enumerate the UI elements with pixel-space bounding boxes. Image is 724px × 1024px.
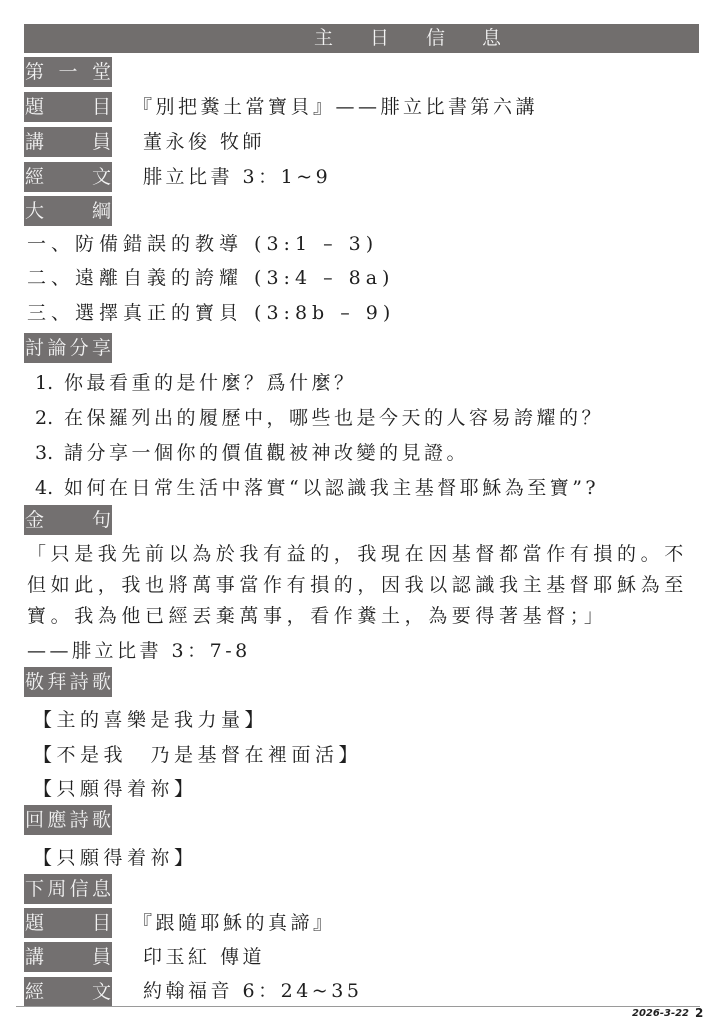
label-speaker: 講員 <box>24 942 112 972</box>
page-number: 2 <box>695 1006 703 1020</box>
outline-item: 一、防備錯誤的教導 (3:1 – 3) <box>27 229 378 259</box>
discussion-question: 請分享一個你的價值觀被神改變的見證。 <box>64 438 469 468</box>
discussion-question: 你最看重的是什麼？爲什麼？ <box>64 368 357 398</box>
page-title: 主日信息 <box>314 24 538 53</box>
next-sermon-speaker: 印玉紅 傳道 <box>143 942 265 972</box>
discussion-question: 如何在日常生活中落實“以認識我主基督耶穌為至寶”? <box>64 473 599 503</box>
song-item: 【只願得着祢】 <box>33 774 198 804</box>
section-label-next-week: 下周信息 <box>24 874 112 904</box>
next-sermon-topic: 『跟隨耶穌的真諦』 <box>133 908 336 938</box>
discussion-number: 1. <box>35 368 53 398</box>
discussion-number: 4. <box>35 473 53 503</box>
song-item: 【只願得着祢】 <box>33 843 198 873</box>
verse-reference: ——腓立比書 3：7-8 <box>27 636 251 666</box>
sermon-speaker: 董永俊 牧師 <box>143 127 265 157</box>
section-label-discussion: 討論分享 <box>24 333 112 363</box>
discussion-question: 在保羅列出的履歷中，哪些也是今天的人容易誇耀的？ <box>64 403 604 433</box>
header-bar: 主日信息 <box>24 24 699 53</box>
section-label-golden-verse: 金句 <box>24 505 112 535</box>
discussion-number: 2. <box>35 403 53 433</box>
label-speaker: 講員 <box>24 127 112 157</box>
song-item: 【主的喜樂是我力量】 <box>33 705 268 735</box>
section-label-service: 第一堂 <box>24 57 112 87</box>
label-topic: 題目 <box>24 908 112 938</box>
section-label-response-songs: 回應詩歌 <box>24 805 112 835</box>
sermon-scripture: 腓立比書 3：1~9 <box>143 162 331 192</box>
song-item: 【不是我 乃是基督在裡面活】 <box>33 740 362 770</box>
section-label-outline: 大綱 <box>24 196 112 226</box>
footer-divider <box>16 1006 700 1007</box>
section-label-worship-songs: 敬拜詩歌 <box>24 667 112 697</box>
next-sermon-scripture: 約翰福音 6：24~35 <box>143 976 362 1006</box>
outline-item: 二、遠離自義的誇耀 (3:4 – 8a) <box>27 263 394 293</box>
outline-item: 三、選擇真正的寶貝 (3:8b – 9) <box>27 298 395 328</box>
footer-date: 2026-3-22 <box>632 1007 689 1021</box>
label-scripture: 經文 <box>24 162 112 192</box>
label-scripture: 經文 <box>24 977 112 1006</box>
verse-line: 但如此，我也將萬事當作有損的，因我以認識我主基督耶穌為至 <box>27 570 688 600</box>
verse-line: 「只是我先前以為於我有益的，我現在因基督都當作有損的。不 <box>27 539 688 569</box>
sermon-topic: 『別把糞土當寶貝』——腓立比書第六講 <box>133 92 538 122</box>
label-topic: 題目 <box>24 92 112 122</box>
discussion-number: 3. <box>35 438 53 468</box>
verse-line: 寶。我為他已經丟棄萬事，看作糞土，為要得著基督；」 <box>27 601 608 631</box>
